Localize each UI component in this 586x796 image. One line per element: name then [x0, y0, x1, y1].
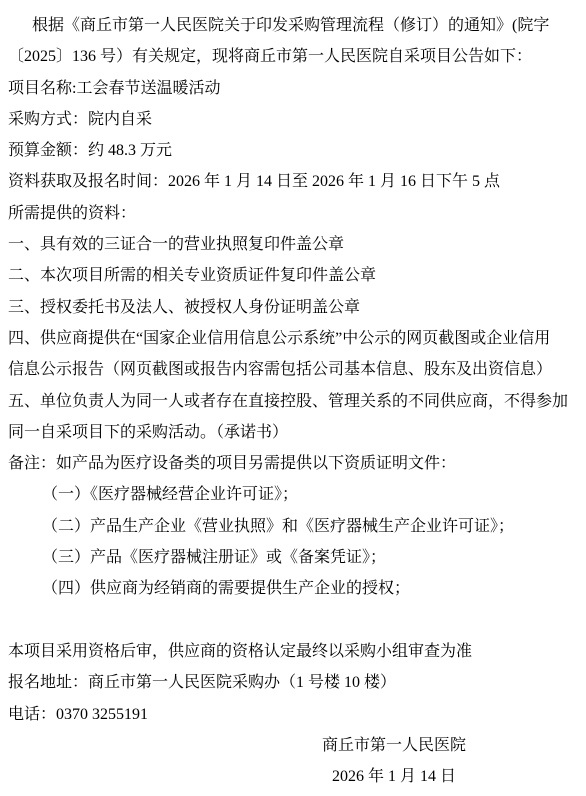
requirement-item-4-line-2: 信息公示报告（网页截图或报告内容需包括公司基本信息、股东及出资信息） — [8, 354, 578, 385]
qualification-review-note: 本项目采用资格后审，供应商的资格认定最终以采购小组审查为准 — [8, 636, 578, 667]
contact-phone: 电话：0370 3255191 — [8, 699, 578, 730]
procurement-method: 采购方式：院内自采 — [8, 104, 578, 135]
required-materials-heading: 所需提供的资料： — [8, 198, 578, 229]
remark-item-4: （四）供应商为经销商的需要提供生产企业的授权； — [8, 573, 578, 604]
budget-amount: 预算金额：约 48.3 万元 — [8, 135, 578, 166]
project-name: 项目名称:工会春节送温暖活动 — [8, 73, 578, 104]
signature-block: 商丘市第一人民医院 2026 年 1 月 14 日 — [198, 730, 586, 793]
remark-item-2: （二）产品生产企业《营业执照》和《医疗器械生产企业许可证》； — [8, 511, 578, 542]
requirement-item-4-line-1: 四、供应商提供在“国家企业信用信息公示系统”中公示的网页截图或企业信用 — [8, 323, 578, 354]
procurement-notice-document: 根据《商丘市第一人民医院关于印发采购管理流程（修订）的通知》(院字 〔2025〕… — [0, 0, 586, 792]
requirement-item-2: 二、本次项目所需的相关专业资质证件复印件盖公章 — [8, 260, 578, 291]
remark-heading: 备注：如产品为医疗设备类的项目另需提供以下资质证明文件： — [8, 448, 578, 479]
registration-time: 资料获取及报名时间：2026 年 1 月 14 日至 2026 年 1 月 16… — [8, 166, 578, 197]
notice-intro-line-1: 根据《商丘市第一人民医院关于印发采购管理流程（修订）的通知》(院字 — [8, 10, 578, 41]
notice-intro-line-2: 〔2025〕136 号）有关规定，现将商丘市第一人民医院自采项目公告如下： — [8, 41, 578, 72]
remark-item-1: （一）《医疗器械经营企业许可证》； — [8, 479, 578, 510]
requirement-item-5-line-2: 同一自采项目下的采购活动。（承诺书） — [8, 417, 578, 448]
signature-date: 2026 年 1 月 14 日 — [198, 761, 586, 792]
registration-address: 报名地址：商丘市第一人民医院采购办（1 号楼 10 楼） — [8, 667, 578, 698]
requirement-item-5-line-1: 五、单位负责人为同一人或者存在直接控股、管理关系的不同供应商，不得参加 — [8, 386, 578, 417]
requirement-item-3: 三、授权委托书及法人、被授权人身份证明盖公章 — [8, 292, 578, 323]
remark-item-3: （三）产品《医疗器械注册证》或《备案凭证》； — [8, 542, 578, 573]
signature-organization: 商丘市第一人民医院 — [198, 730, 586, 761]
blank-line — [8, 605, 578, 636]
requirement-item-1: 一、具有效的三证合一的营业执照复印件盖公章 — [8, 229, 578, 260]
